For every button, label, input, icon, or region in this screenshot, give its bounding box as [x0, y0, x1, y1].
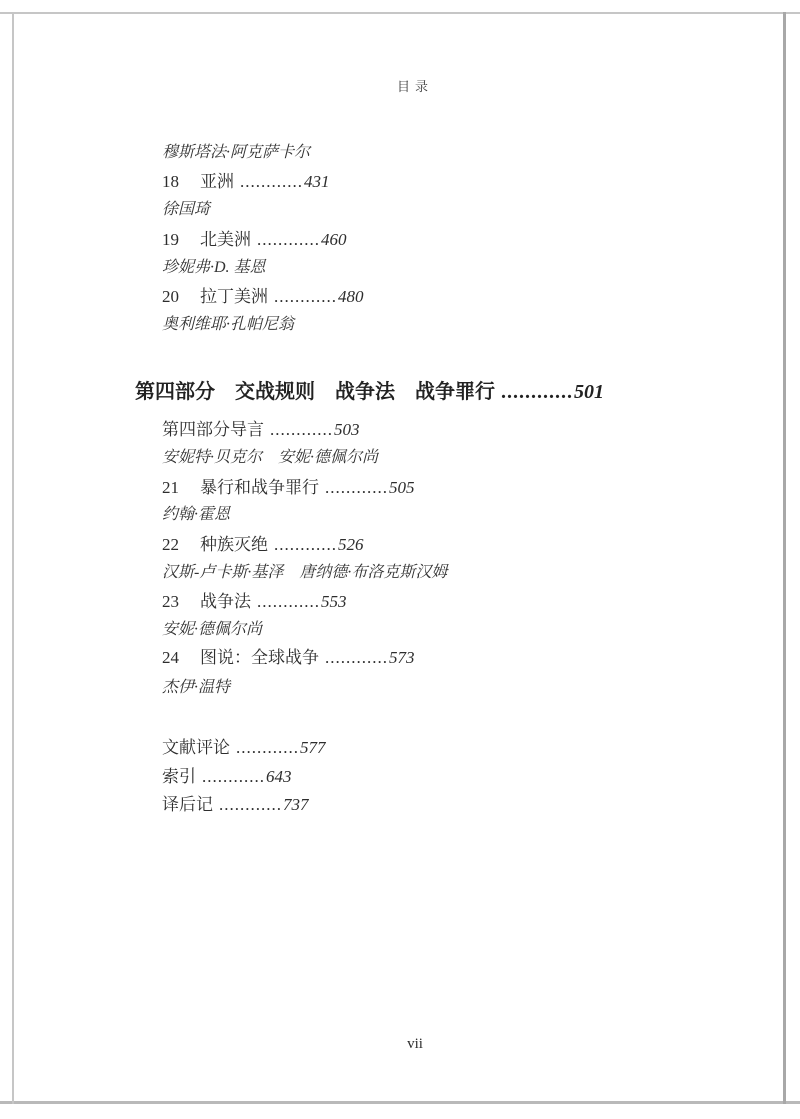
toc-author-line: 穆斯塔法·阿克萨卡尔 [162, 141, 310, 165]
book-page: 目录 穆斯塔法·阿克萨卡尔 18亚洲............431 徐国琦 19… [0, 0, 800, 1119]
page-number: 573 [389, 648, 415, 667]
page-number: 501 [574, 381, 604, 403]
chapter-number: 18 [162, 170, 200, 194]
chapter-number: 20 [162, 285, 200, 309]
dot-leader: ............ [257, 592, 320, 611]
dot-leader: ............ [270, 420, 333, 439]
dot-leader: ............ [202, 767, 265, 786]
chapter-number: 24 [162, 646, 200, 670]
toc-chapter-entry: 22种族灭绝............526 [162, 533, 364, 557]
toc-part-heading: 第四部分 交战规则 战争法 战争罪行............501 [135, 378, 604, 406]
dot-leader: ............ [325, 648, 388, 667]
toc-author-line: 安妮特·贝克尔 安妮·德佩尔尚 [162, 446, 378, 470]
chapter-number: 23 [162, 590, 200, 614]
toc-author-line: 安妮·德佩尔尚 [162, 618, 262, 642]
toc-backmatter-entry: 译后记............737 [162, 793, 309, 817]
toc-chapter-entry: 23战争法............553 [162, 590, 347, 614]
page-number: 503 [334, 420, 360, 439]
chapter-title: 暴行和战争罪行 [200, 478, 319, 497]
dot-leader: ............ [236, 738, 299, 757]
toc-author-line: 珍妮弗·D. 基恩 [162, 256, 266, 280]
dot-leader: ............ [240, 172, 303, 191]
page-number: 431 [304, 172, 330, 191]
page-number: 505 [389, 478, 415, 497]
toc-chapter-entry: 20拉丁美洲............480 [162, 285, 364, 309]
toc-section-entry: 第四部分导言............503 [162, 418, 360, 442]
backmatter-title: 译后记 [162, 795, 213, 814]
chapter-title: 拉丁美洲 [200, 287, 268, 306]
toc-author-line: 奥利维耶·孔帕尼翁 [162, 313, 294, 337]
part-title: 第四部分 交战规则 战争法 战争罪行 [135, 381, 495, 403]
chapter-number: 21 [162, 476, 200, 500]
toc-author-line: 杰伊·温特 [162, 676, 230, 700]
backmatter-title: 文献评论 [162, 738, 230, 757]
dot-leader: ............ [325, 478, 388, 497]
page-number: 480 [338, 287, 364, 306]
page-number: 643 [266, 767, 292, 786]
backmatter-title: 索引 [162, 767, 196, 786]
chapter-number: 19 [162, 228, 200, 252]
page-number: 526 [338, 535, 364, 554]
page-number: 460 [321, 230, 347, 249]
dot-leader: ............ [274, 535, 337, 554]
toc-chapter-entry: 21暴行和战争罪行............505 [162, 476, 415, 500]
dot-leader: ............ [274, 287, 337, 306]
dot-leader: ............ [501, 381, 573, 403]
toc-author-line: 徐国琦 [162, 198, 210, 222]
toc-author-line: 汉斯-卢卡斯·基泽 唐纳德·布洛克斯汉姆 [162, 561, 447, 585]
dot-leader: ............ [219, 795, 282, 814]
chapter-title: 亚洲 [200, 172, 234, 191]
chapter-number: 22 [162, 533, 200, 557]
dot-leader: ............ [257, 230, 320, 249]
toc-chapter-entry: 19北美洲............460 [162, 228, 347, 252]
scan-border-top [0, 12, 800, 14]
toc-chapter-entry: 18亚洲............431 [162, 170, 330, 194]
chapter-title: 战争法 [200, 592, 251, 611]
chapter-title: 图说：全球战争 [200, 648, 319, 667]
page-number: 553 [321, 592, 347, 611]
toc-chapter-entry: 24图说：全球战争............573 [162, 646, 415, 670]
page-number: 737 [283, 795, 309, 814]
chapter-title: 北美洲 [200, 230, 251, 249]
chapter-title: 种族灭绝 [200, 535, 268, 554]
toc-backmatter-entry: 索引............643 [162, 765, 292, 789]
toc-author-line: 约翰·霍恩 [162, 503, 230, 527]
running-head: 目录 [375, 76, 455, 95]
scan-border-bottom [0, 1101, 800, 1104]
section-title: 第四部分导言 [162, 420, 264, 439]
toc-backmatter-entry: 文献评论............577 [162, 736, 326, 760]
folio-page-number: vii [375, 1036, 455, 1053]
scan-border-left [12, 12, 14, 1104]
scan-border-right [783, 12, 786, 1104]
page-number: 577 [300, 738, 326, 757]
